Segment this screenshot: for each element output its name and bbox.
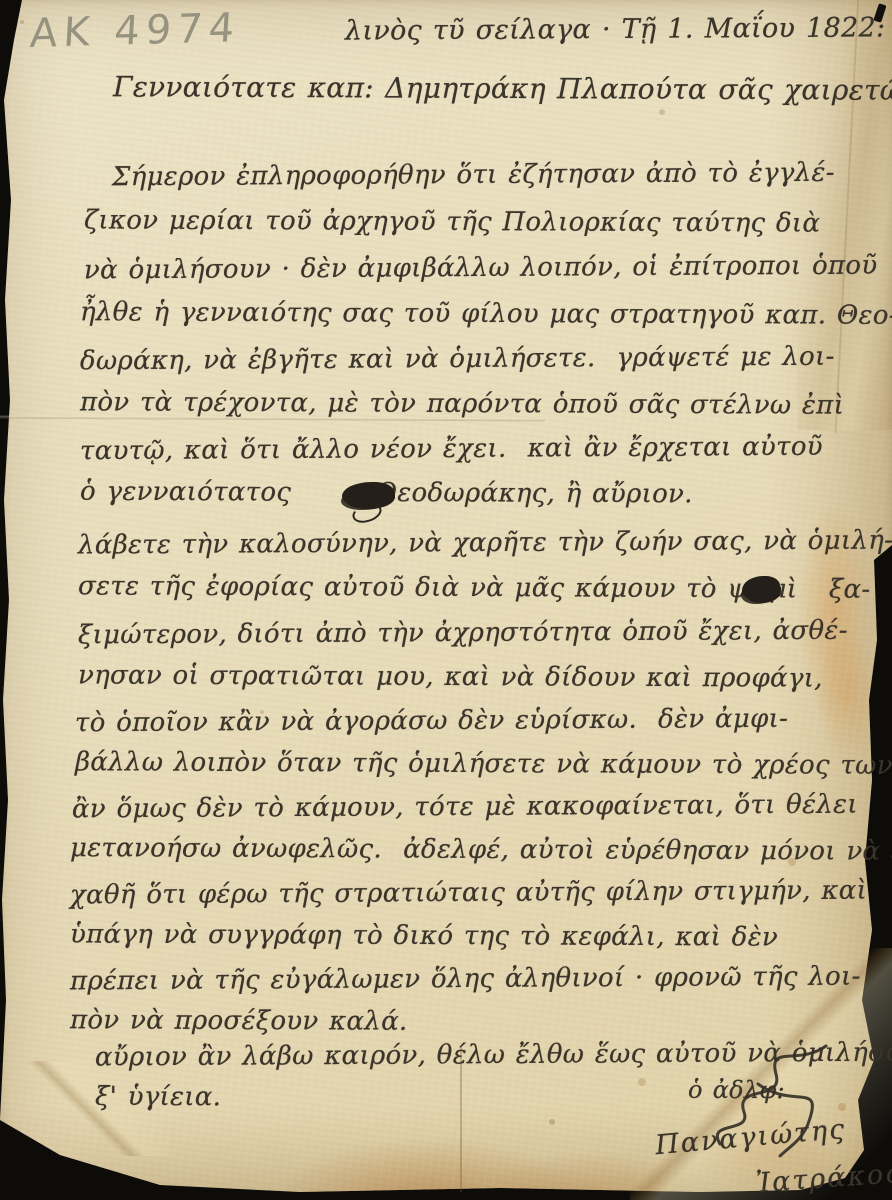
letter-line: μετανοήσω ἀνωφελῶς. ἀδελφέ, αὐτοὶ εὑρέθη…: [70, 833, 892, 867]
letter-line: ξιμώτερον, διότι ἀπὸ τὴν ἀχρηστότητα ὁπο…: [78, 616, 848, 651]
letter-line: τὸ ὁποῖον κἂν νὰ ἀγοράσω δὲν εὑρίσκω. δὲ…: [75, 704, 788, 738]
letter-line: ἦλθε ἡ γενναιότης σας τοῦ φίλου μας στρα…: [80, 297, 892, 331]
letter-line: ταυτῷ, καὶ ὅτι ἄλλο νέον ἔχει. καὶ ἂν ἔρ…: [80, 432, 823, 467]
letter-line: πὸν τὰ τρέχοντα, μὲ τὸν παρόντα ὁποῦ σᾶς…: [80, 387, 844, 420]
letter-line: ζικον μερίαι τοῦ ἀρχηγοῦ τῆς Πολιορκίας …: [84, 205, 820, 238]
letter-line: βάλλω λοιπὸν ὅταν τῆς ὁμιλήσετε νὰ κάμου…: [75, 747, 892, 781]
foxing-specks: [20, 20, 24, 24]
salutation: Γενναιότατε καπ: Δημητράκη Πλαπούτα σᾶς …: [113, 70, 892, 106]
letter-line: Σήμερον ἐπληροφορήθην ὅτι ἐζήτησαν ἀπὸ τ…: [112, 158, 835, 192]
archive-number-pencil: AK 4974: [29, 5, 242, 57]
scanned-letter-page: AK 4974 λινὸς τῦ σείλαγα · Τῇ 1. Μαΐου 1…: [0, 0, 892, 1200]
letter-line: νησαν οἱ στρατιῶται μου, καὶ νὰ δίδουν κ…: [78, 660, 823, 693]
letter-line: δωράκη, νὰ ἐβγῆτε καὶ νὰ ὁμιλήσετε. γράψ…: [80, 342, 835, 377]
letter-line: πὸν νὰ προσέξουν καλά.: [70, 1005, 408, 1036]
dateline: λινὸς τῦ σείλαγα · Τῇ 1. Μαΐου 1822:: [345, 12, 886, 46]
letter-line: λάβετε τὴν καλοσύνην, νὰ χαρῆτε τὴν ζωήν…: [78, 526, 892, 561]
letter-line: νὰ ὁμιλήσουν · δὲν ἀμφιβάλλω λοιπόν, οἱ …: [84, 251, 878, 286]
letter-line: ξ' ὑγίεια.: [95, 1082, 221, 1113]
letter-line: ἂν ὅμως δὲν τὸ κάμουν, τότε μὲ κακοφαίνε…: [72, 790, 858, 825]
letter-line: ὑπάγη νὰ συγγράφη τὸ δικό της τὸ κεφάλι,…: [70, 919, 778, 952]
letter-line: πρέπει νὰ τῆς εὐγάλωμεν ὅλης ἀληθινοί · …: [70, 962, 861, 997]
letter-line: χαθῆ ὅτι φέρω τῆς στρατιώταις αὐτῆς φίλη…: [70, 876, 867, 911]
